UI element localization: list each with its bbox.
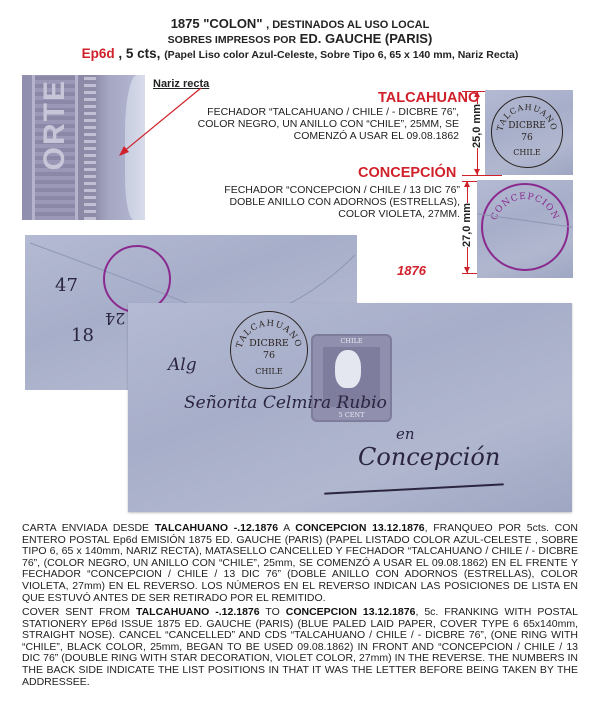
description-english: COVER SENT FROM TALCAHUANO -.12.1876 TO … bbox=[22, 607, 578, 688]
stamp-lettering: ORTE bbox=[38, 79, 72, 170]
title-main: 1875 "COLON" bbox=[171, 16, 263, 31]
address-line-2: Señorita Celmira Rubio bbox=[184, 393, 387, 413]
dimension-line-bottom bbox=[462, 175, 502, 176]
text: , 5c. FRANKING WITH POSTAL STATIONERY EP… bbox=[22, 606, 578, 688]
postmark-country: CHILE bbox=[492, 148, 562, 157]
title-line-3: Ep6d , 5 cts, (Papel Liso color Azul-Cel… bbox=[0, 46, 600, 61]
talcahuano-dimension: 25,0 mm bbox=[471, 104, 483, 148]
handwritten-number: 47 bbox=[55, 275, 78, 296]
postmark-year: 76 bbox=[492, 133, 562, 143]
destination: CONCEPCION 13.12.1876 bbox=[295, 522, 424, 534]
title-line-1: 1875 "COLON" , DESTINADOS AL USO LOCAL bbox=[0, 16, 600, 31]
address-underline bbox=[324, 483, 504, 494]
text: , FRANQUEO POR 5cts. CON ENTERO POSTAL E… bbox=[22, 522, 578, 604]
talcahuano-postmark-image: TALCAHUANO DICBRE 76 CHILE bbox=[485, 90, 573, 175]
text: CARTA ENVIADA DESDE bbox=[22, 522, 155, 534]
concepcion-description: FECHADOR “CONCEPCION / CHILE / 13 DIC 76… bbox=[200, 184, 460, 220]
description-spanish: CARTA ENVIADA DESDE TALCAHUANO -.12.1876… bbox=[22, 523, 578, 604]
envelope-front-image: TALCAHUANO DICBRE 76 CHILE CHILE 5 CENT … bbox=[128, 303, 572, 512]
concepcion-dimension: 27,0 mm bbox=[461, 203, 473, 247]
destination: CONCEPCION 13.12.1876 bbox=[286, 606, 416, 618]
handwritten-number: 18 bbox=[71, 325, 94, 346]
handwritten-number: 24 bbox=[105, 309, 125, 328]
issue-details: (Papel Liso color Azul-Celeste, Sobre Ti… bbox=[164, 49, 518, 61]
postmark-date: DICBRE bbox=[492, 121, 562, 131]
concepcion-postmark: CONCEPCION bbox=[481, 183, 569, 271]
talcahuano-heading: TALCAHUANO bbox=[378, 90, 479, 106]
catalog-code: Ep6d bbox=[82, 46, 115, 61]
address-line-3: en bbox=[396, 425, 415, 443]
portrait-icon bbox=[335, 350, 361, 388]
publisher-prefix: SOBRES IMPRESOS POR bbox=[168, 34, 296, 46]
postmark-ring-text: CONCEPCION bbox=[483, 185, 567, 269]
concepcion-postmark-image: CONCEPCION bbox=[477, 180, 573, 278]
talcahuano-description: FECHADOR “TALCAHUANO / CHILE / - DICBRE … bbox=[195, 106, 459, 142]
talcahuano-postmark: TALCAHUANO DICBRE 76 CHILE bbox=[230, 311, 308, 389]
talcahuano-postmark: TALCAHUANO DICBRE 76 CHILE bbox=[491, 96, 563, 168]
pointer-arrow-icon bbox=[115, 86, 205, 158]
origin: TALCAHUANO -.12.1876 bbox=[136, 606, 260, 618]
text: A bbox=[278, 522, 295, 534]
arrow-up-icon bbox=[474, 91, 480, 97]
address-line-4: Concepción bbox=[358, 443, 500, 471]
origin: TALCAHUANO -.12.1876 bbox=[155, 522, 278, 534]
title-line-2: SOBRES IMPRESOS POR ED. GAUCHE (PARIS) bbox=[0, 31, 600, 46]
year-label: 1876 bbox=[397, 263, 426, 278]
postmark-year: 76 bbox=[231, 350, 307, 361]
postmark-country: CHILE bbox=[231, 367, 307, 376]
postmark-date: DICBRE bbox=[231, 338, 307, 349]
arrow-down-icon bbox=[464, 267, 470, 273]
publisher-name: ED. GAUCHE (PARIS) bbox=[300, 31, 433, 46]
stamp-greek-key bbox=[84, 75, 96, 220]
text: COVER SENT FROM bbox=[22, 606, 136, 618]
face-value: , 5 cts, bbox=[118, 46, 160, 61]
text: TO bbox=[260, 606, 286, 618]
address-line-1: Alg bbox=[168, 355, 197, 375]
arrow-up-icon bbox=[464, 181, 470, 187]
arrow-down-icon bbox=[474, 169, 480, 175]
title-sub: , DESTINADOS AL USO LOCAL bbox=[266, 19, 429, 31]
concepcion-heading: CONCEPCIÓN bbox=[358, 165, 456, 181]
indicium-top-text: CHILE bbox=[313, 337, 390, 345]
